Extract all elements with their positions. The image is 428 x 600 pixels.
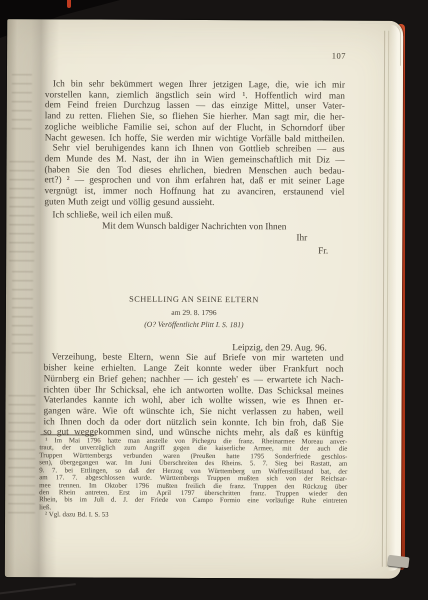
text-line: guten Muth zeigt und völlig gesund aussi… <box>44 197 344 209</box>
showthrough-marks <box>9 161 34 261</box>
photo-backdrop: 107 Ich bin sehr bekümmert wegen Ihrer j… <box>0 0 428 600</box>
showthrough-marks <box>8 395 36 517</box>
page-edge-line <box>382 31 385 567</box>
page-edge-band <box>388 25 403 571</box>
red-bookmark-tip <box>67 0 71 8</box>
text-line: dem Munde des M. Nast, der ihn in Wien g… <box>45 154 345 166</box>
letter-signature-fr: Fr. <box>44 245 344 257</box>
text-line: gangen wäre. Wie oft wünschte ich, Sie n… <box>43 406 343 418</box>
letter-date-heading: am 29. 8. 1796 <box>44 307 344 318</box>
text-column: Ich bin sehr bekümmert wegen Ihrer jetzi… <box>43 19 345 520</box>
page-corner-fold <box>358 23 401 66</box>
letter-heading: SCHELLING AN SEINE ELTERN <box>44 295 344 306</box>
letter-paragraph: Verzeihung, beste Eltern, wenn Sie auf B… <box>43 353 343 440</box>
letter-signature-ihr: Ihr <box>44 232 344 244</box>
letter-source-note: (O? Veröffentlicht Plitt I. S. 181) <box>44 320 344 331</box>
page-corner-tab <box>387 555 409 568</box>
text-line: Rhein, bis im Juli d. J. der Friede von … <box>39 497 347 506</box>
footnote-1: ¹ Im Mai 1796 hatte man anstelle von Pic… <box>39 437 347 512</box>
book-spine-edge-line <box>0 583 76 595</box>
showthrough-marks <box>12 74 32 136</box>
showthrough-marks <box>12 271 33 359</box>
letter-paragraph: Ich bin sehr bekümmert wegen Ihrer jetzi… <box>45 79 345 145</box>
letter-paragraph: Sehr viel beruhigendes kann ich Ihnen vo… <box>44 144 344 210</box>
text-line: Nürnberg ein Brief gehen; nachher — ich … <box>44 374 344 386</box>
footnote-2: ² Vgl. dazu Bd. I. S. 53 <box>39 511 347 520</box>
letter-closing-line: Ich schließe, weil ich eilen muß. <box>44 211 344 223</box>
book-page: 107 Ich bin sehr bekümmert wegen Ihrer j… <box>5 19 403 579</box>
text-line: zogliche weibliche Familie sei, schon au… <box>45 122 345 134</box>
